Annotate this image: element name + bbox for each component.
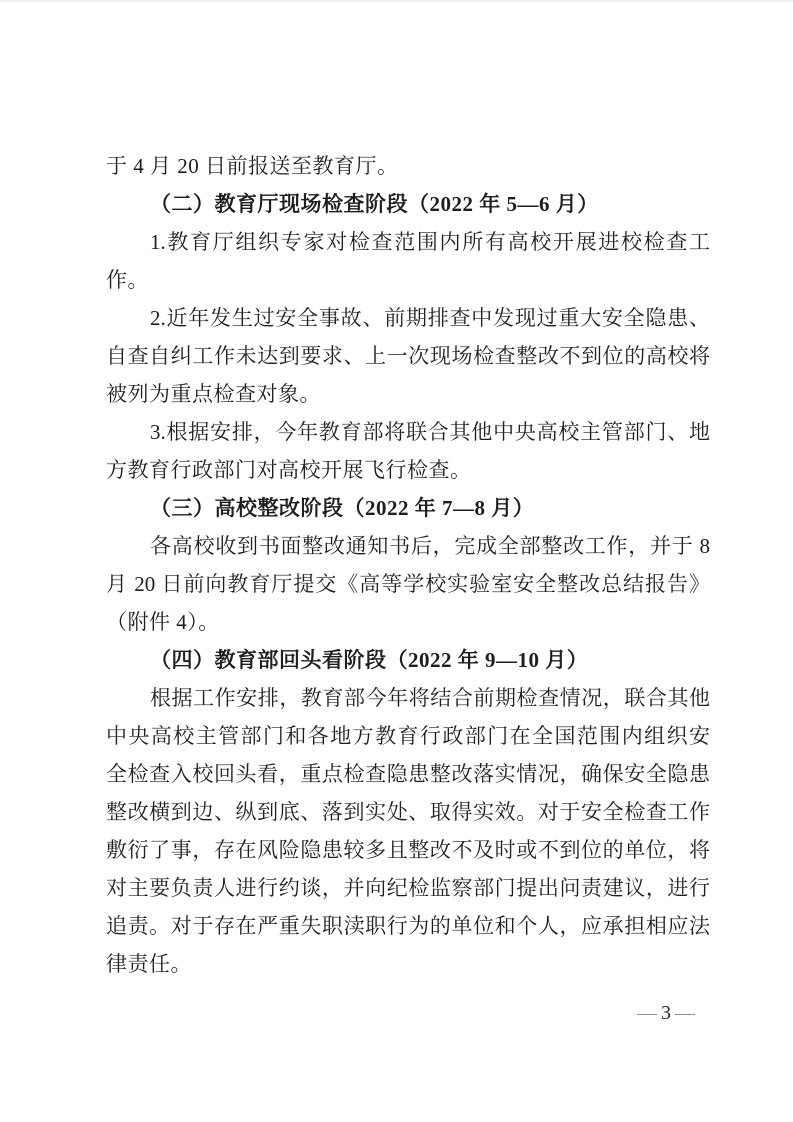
document-text: 于 4 月 20 日前报送至教育厅。（二）教育厅现场检查阶段（2022 年 5—… bbox=[106, 147, 710, 983]
text-line: 全检查入校回头看，重点检查隐患整改落实情况，确保安全隐患 bbox=[106, 755, 710, 793]
text-line: 各高校收到书面整改通知书后，完成全部整改工作，并于 8 bbox=[106, 527, 710, 565]
page-number: —3— bbox=[633, 1000, 699, 1026]
text-line: 中央高校主管部门和各地方教育行政部门在全国范围内组织安 bbox=[106, 717, 710, 755]
text-line: （三）高校整改阶段（2022 年 7—8 月） bbox=[106, 489, 710, 527]
page-number-value: 3 bbox=[661, 1002, 671, 1024]
text-line: （二）教育厅现场检查阶段（2022 年 5—6 月） bbox=[106, 185, 710, 223]
text-line: 敷衍了事，存在风险隐患较多且整改不及时或不到位的单位，将 bbox=[106, 831, 710, 869]
text-line: （附件 4）。 bbox=[106, 603, 710, 641]
text-line: 对主要负责人进行约谈，并向纪检监察部门提出问责建议，进行 bbox=[106, 869, 710, 907]
text-line: 根据工作安排，教育部今年将结合前期检查情况，联合其他 bbox=[106, 679, 710, 717]
page-top-edge bbox=[0, 0, 793, 2]
document-page: 于 4 月 20 日前报送至教育厅。（二）教育厅现场检查阶段（2022 年 5—… bbox=[0, 0, 793, 1122]
text-line: 2.近年发生过安全事故、前期排查中发现过重大安全隐患、 bbox=[106, 299, 710, 337]
text-line: 月 20 日前向教育厅提交《高等学校实验室安全整改总结报告》 bbox=[106, 565, 710, 603]
text-line: 1.教育厅组织专家对检查范围内所有高校开展进校检查工 bbox=[106, 223, 710, 261]
text-line: （四）教育部回头看阶段（2022 年 9—10 月） bbox=[106, 641, 710, 679]
text-line: 作。 bbox=[106, 261, 710, 299]
text-line: 方教育行政部门对高校开展飞行检查。 bbox=[106, 451, 710, 489]
text-line: 自查自纠工作未达到要求、上一次现场检查整改不到位的高校将 bbox=[106, 337, 710, 375]
page-number-right-dash: — bbox=[671, 1002, 699, 1024]
page-number-left-dash: — bbox=[633, 1002, 661, 1024]
text-line: 于 4 月 20 日前报送至教育厅。 bbox=[106, 147, 710, 185]
text-line: 律责任。 bbox=[106, 945, 710, 983]
text-line: 整改横到边、纵到底、落到实处、取得实效。对于安全检查工作 bbox=[106, 793, 710, 831]
text-line: 3.根据安排，今年教育部将联合其他中央高校主管部门、地 bbox=[106, 413, 710, 451]
text-line: 被列为重点检查对象。 bbox=[106, 375, 710, 413]
text-line: 追责。对于存在严重失职渎职行为的单位和个人，应承担相应法 bbox=[106, 907, 710, 945]
